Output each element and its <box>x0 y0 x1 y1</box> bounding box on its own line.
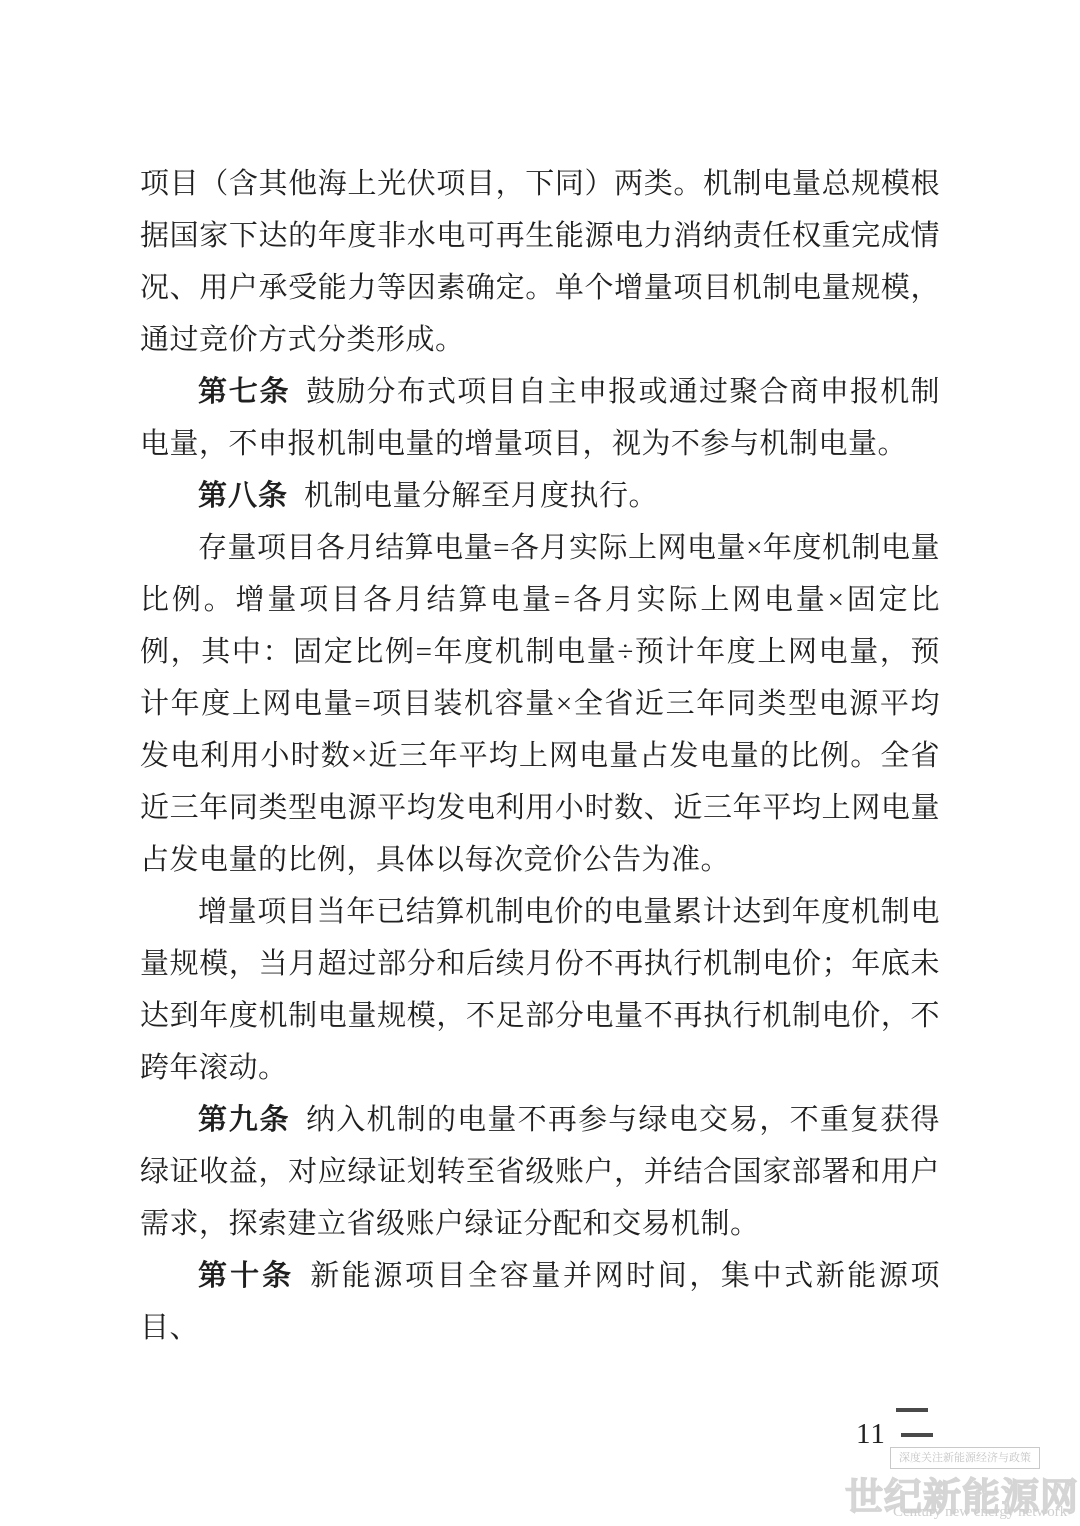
paragraph-text: 机制电量分解至月度执行。 <box>304 480 658 512</box>
body-paragraph: 存量项目各月结算电量=各月实际上网电量×年度机制电量比例。增量项目各月结算电量=… <box>140 522 940 886</box>
document-page: 项目（含其他海上光伏项目，下同）两类。机制电量总规模根据国家下达的年度非水电可再… <box>0 0 1080 1526</box>
article-number: 第九条 <box>198 1104 290 1136</box>
watermark-brand-english: Century new energy network <box>893 1504 1067 1521</box>
article-number: 第十条 <box>198 1260 294 1292</box>
article-paragraph: 第九条纳入机制的电量不再参与绿电交易，不重复获得绿证收益，对应绿证划转至省级账户… <box>140 1094 940 1250</box>
article-paragraph: 第八条机制电量分解至月度执行。 <box>140 470 940 522</box>
article-paragraph: 第七条鼓励分布式项目自主申报或通过聚合商申报机制电量，不申报机制电量的增量项目，… <box>140 366 940 470</box>
page-number-dash-side <box>901 1433 933 1437</box>
page-number: 11 <box>856 1418 886 1450</box>
paragraph-text: 项目（含其他海上光伏项目，下同）两类。机制电量总规模根据国家下达的年度非水电可再… <box>140 168 940 356</box>
watermark-slogan: 深度关注新能源经济与政策 <box>899 1453 1031 1464</box>
paragraph-text: 存量项目各月结算电量=各月实际上网电量×年度机制电量比例。增量项目各月结算电量=… <box>140 532 940 876</box>
article-number: 第七条 <box>198 376 290 408</box>
body-paragraph: 增量项目当年已结算机制电价的电量累计达到年度机制电量规模，当月超过部分和后续月份… <box>140 886 940 1094</box>
paragraph-text: 增量项目当年已结算机制电价的电量累计达到年度机制电量规模，当月超过部分和后续月份… <box>140 896 940 1084</box>
page-number-dash-top <box>896 1408 928 1412</box>
article-paragraph: 第十条新能源项目全容量并网时间，集中式新能源项目、 <box>140 1250 940 1354</box>
body-paragraph: 项目（含其他海上光伏项目，下同）两类。机制电量总规模根据国家下达的年度非水电可再… <box>140 158 940 366</box>
article-number: 第八条 <box>198 480 288 512</box>
document-body: 项目（含其他海上光伏项目，下同）两类。机制电量总规模根据国家下达的年度非水电可再… <box>140 158 940 1354</box>
